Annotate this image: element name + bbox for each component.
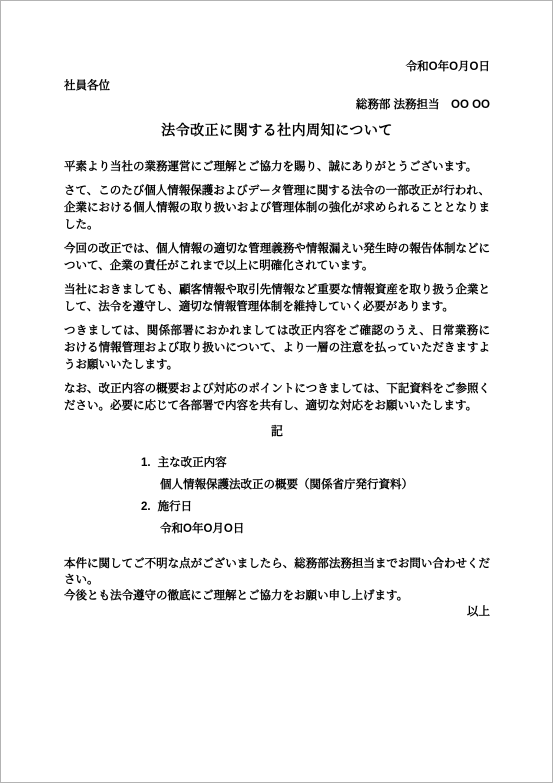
list-item-row: 1. 主な改正内容 [141, 452, 490, 474]
list-item-number: 1. [141, 452, 151, 474]
sender-line: 総務部 法務担当 OO OO [64, 96, 490, 115]
record-marker: 記 [64, 422, 490, 440]
date-line: 令和O年O月O日 [64, 58, 490, 77]
list-item: 2. 施行日 令和O年O月O日 [141, 496, 490, 540]
paragraph-revision-overview: 今回の改正では、個人情報の適切な管理義務や情報漏えい発生時の報告体制などについて… [64, 241, 490, 275]
closing-contact-line: 本件に関してご不明な点がございましたら、総務部法務担当までお問い合わせください。 [64, 556, 490, 588]
paragraph-greeting: 平素より当社の業務運営にご理解とご協力を賜り、誠にありがとうございます。 [64, 159, 490, 176]
document-page: 令和O年O月O日 社員各位 総務部 法務担当 OO OO 法令改正に関する社内周… [0, 0, 553, 783]
list-item: 1. 主な改正内容 個人情報保護法改正の概要（関係省庁発行資料） [141, 452, 490, 496]
list-item-row: 2. 施行日 [141, 496, 490, 518]
document-body: 平素より当社の業務運営にご理解とご協力を賜り、誠にありがとうございます。 さて、… [64, 159, 490, 415]
closing-thanks-line: 今後とも法令遵守の徹底にご理解とご協力をお願い申し上げます。 [64, 588, 490, 604]
notice-list: 1. 主な改正内容 個人情報保護法改正の概要（関係省庁発行資料） 2. 施行日 … [141, 452, 490, 540]
document-title: 法令改正に関する社内周知について [64, 119, 490, 141]
closing-marker: 以上 [64, 604, 490, 620]
list-item-heading: 施行日 [158, 496, 193, 518]
paragraph-company-stance: 当社におきましても、顧客情報や取引先情報など重要な情報資産を取り扱う企業として、… [64, 282, 490, 316]
closing-section: 本件に関してご不明な点がございましたら、総務部法務担当までお問い合わせください。… [64, 556, 490, 620]
list-item-heading: 主な改正内容 [158, 452, 227, 474]
paragraph-request: つきましては、関係部署におかれましては改正内容をご確認のうえ、日常業務における情… [64, 323, 490, 374]
list-item-number: 2. [141, 496, 151, 518]
recipient-line: 社員各位 [64, 77, 490, 96]
paragraph-reference: なお、改正内容の概要および対応のポイントにつきましては、下記資料をご参照ください… [64, 381, 490, 415]
list-item-detail: 令和O年O月O日 [141, 518, 490, 540]
list-item-detail: 個人情報保護法改正の概要（関係省庁発行資料） [141, 474, 490, 496]
paragraph-intro: さて、このたび個人情報保護およびデータ管理に関する法令の一部改正が行われ、企業に… [64, 183, 490, 234]
